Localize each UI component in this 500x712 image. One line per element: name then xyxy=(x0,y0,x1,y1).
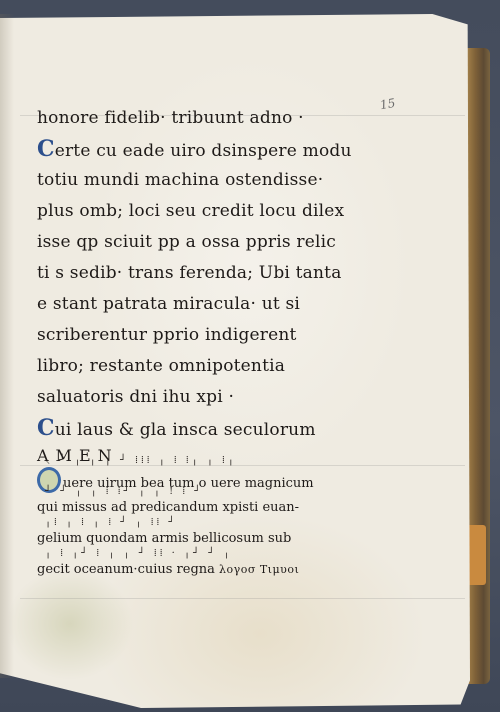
chant-text-line: qui missus ad predicandum xpisti euan- xyxy=(37,498,357,517)
initial-letter: C xyxy=(37,415,55,441)
chant-text-line: gelium quondam armis bellicosum sub xyxy=(37,529,357,548)
text-line: honore fidelib· tribuunt adno · xyxy=(37,103,357,134)
gutter-shadow xyxy=(0,14,14,678)
text-line: ti s sedib· trans ferenda; Ubi tanta xyxy=(37,258,357,289)
ruling-line xyxy=(20,598,465,599)
chant-text-line: gecit oceanum·cuius regna λογοσ Τιμυοι xyxy=(37,560,357,579)
text-line: libro; restante omnipotentia xyxy=(37,351,357,382)
text-line: Certe cu eade uiro dsinspere modu xyxy=(37,134,357,165)
text-line: Cui laus & gla insca seculorum xyxy=(37,413,357,444)
text-line: totiu mundi machina ostendisse· xyxy=(37,165,357,196)
chant-block: ⸜ ┘ ╷ ╷ ╷ ┘ ⁞⁞⁞ ╷ ⁞ ⁞╷ ╷ ⁞╷ uere uirum b… xyxy=(37,455,357,579)
chant-text-line: uere uirum bea tum o uere magnicum xyxy=(37,467,357,486)
text-line: e stant patrata miracula· ut si xyxy=(37,289,357,320)
initial-letter: C xyxy=(37,136,55,162)
greek-tail: λογοσ Τιμυοι xyxy=(219,563,299,576)
neume-row: ⸜ ┘ ╷ ╷ ╷ ┘ ⁞⁞⁞ ╷ ⁞ ⁞╷ ╷ ⁞╷ xyxy=(37,455,357,467)
folio-number: 15 xyxy=(379,96,396,112)
text-line: isse qp sciuit pp a ossa ppris relic xyxy=(37,227,357,258)
text-line: plus omb; loci seu credit locu dilex xyxy=(37,196,357,227)
neume-row: ╷ ⁞ ╷┘ ⁞ ╷ ╷ ┘ ⁞⁞ · ╷┘ ┘ ╷ xyxy=(37,548,357,560)
neume-row: ╷⁞ ╷ ⁞ ╷ ⁞ ┘ ╷ ⁞⁞ ┘ xyxy=(37,517,357,529)
text-line: scriberentur pprio indigerent xyxy=(37,320,357,351)
main-text-block: honore fidelib· tribuunt adno · Certe cu… xyxy=(37,103,357,468)
text-line: saluatoris dni ihu xpi · xyxy=(37,382,357,413)
